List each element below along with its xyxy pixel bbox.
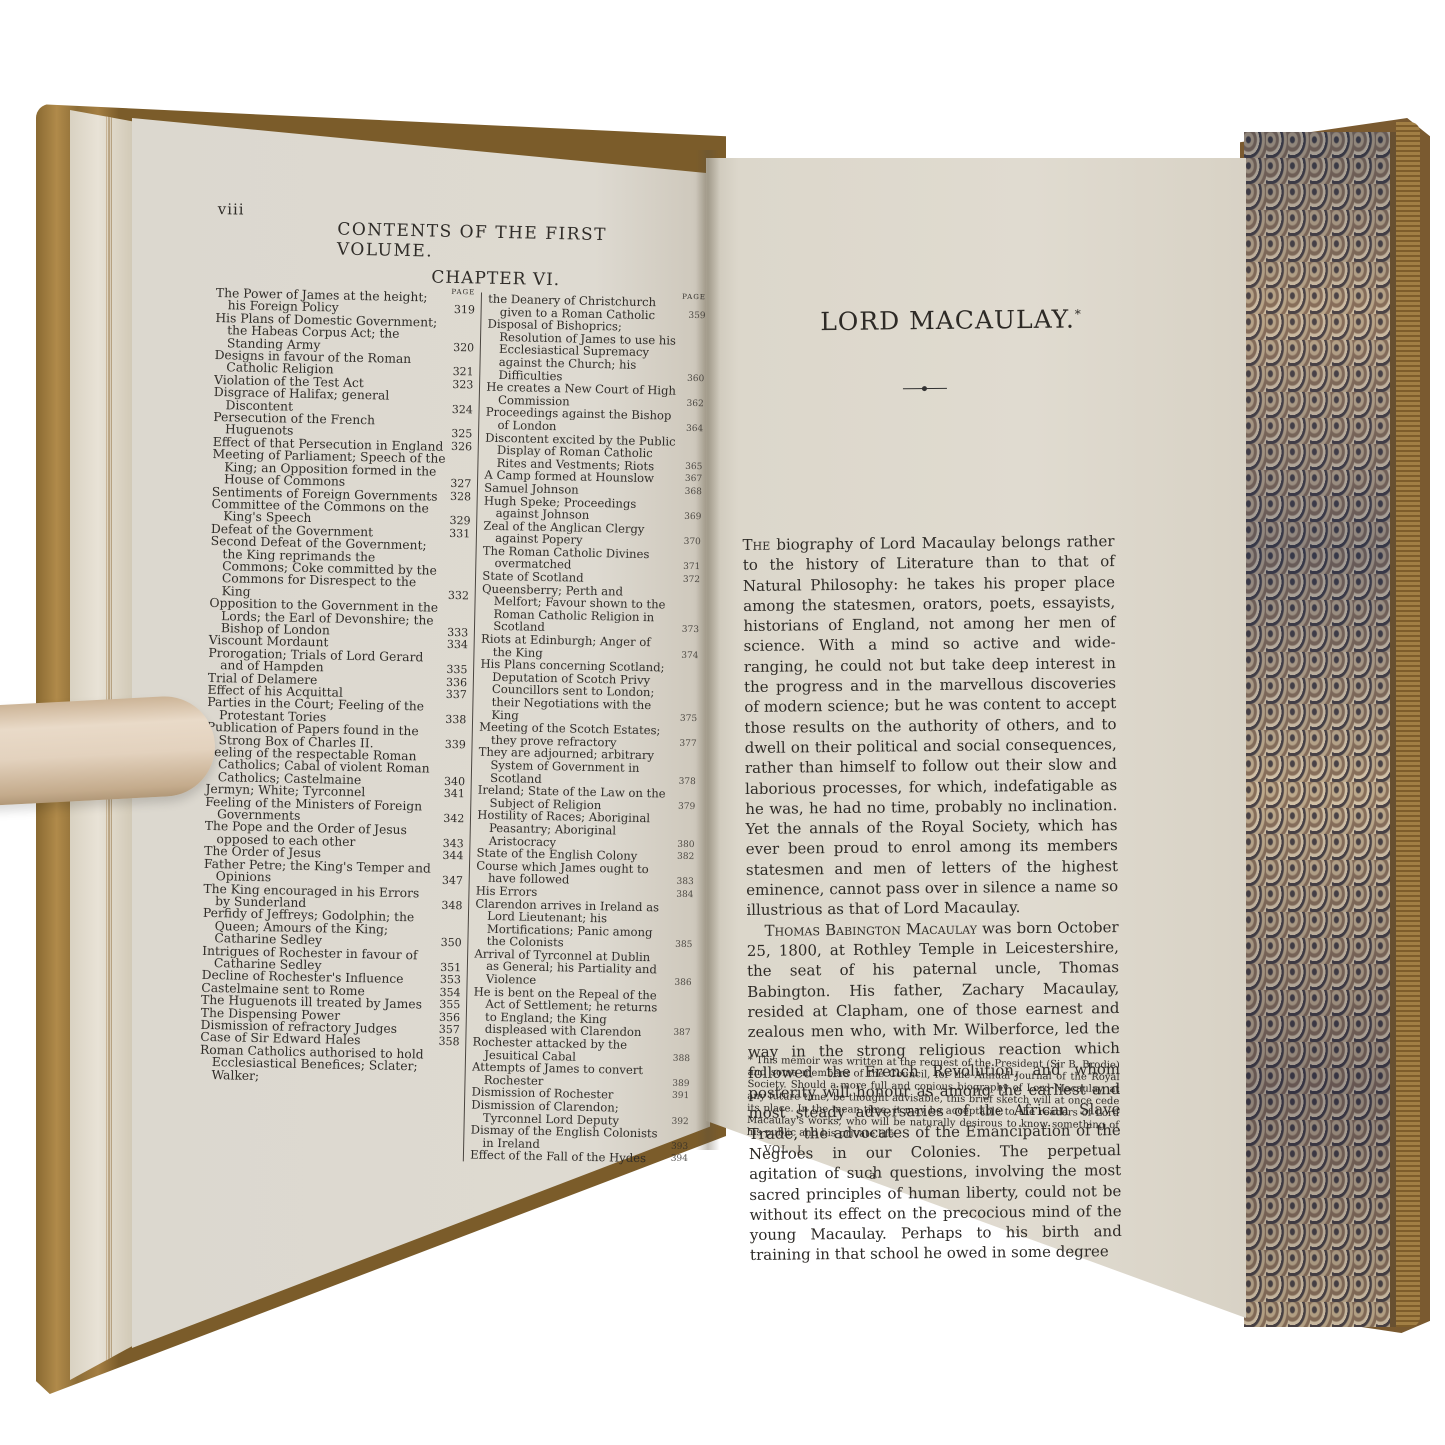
entry-page-number: 371 [683,561,700,574]
entry-text: Discontent excited by the Public Display… [485,430,676,473]
entry-page-number: 394 [671,1153,688,1166]
entry-page-number: 327 [450,478,471,491]
entry-text: Perfidy of Jeffreys; Godolphin; the Quee… [203,906,415,947]
signature-mark: a [869,1169,876,1182]
entry-text: His Plans concerning Scotland; Deputatio… [480,657,664,722]
contents-columns: PAGE The Power of James at the height; h… [198,287,706,1166]
entry-text: Committee of the Commons on the King's S… [211,497,429,525]
entry-page-number: 331 [449,528,470,541]
entry-text: Meeting of Parliament; Speech of the Kin… [212,447,445,489]
entry-text: The Roman Catholic Divines overmatched [483,544,650,572]
entry-text: Hugh Speke; Proceedings against Johnson [484,493,637,522]
entry-page-number: 326 [451,441,472,454]
contents-entry: They are adjourned; arbitrary System of … [478,746,696,788]
contents-entry: His Plans concerning Scotland; Deputatio… [479,658,698,726]
entry-page-number: 369 [684,511,701,524]
entry-page-number: 338 [445,714,466,727]
entry-page-number: 392 [671,1115,688,1128]
contents-entry: Arrival of Tyrconnel at Dublin as Genera… [474,947,692,989]
entry-text: Rochester attacked by the Jesuitical Cab… [472,1035,627,1064]
entry-page-number: 364 [686,423,703,436]
entry-text: Queensberry; Perth and Melfort; Favour s… [482,581,666,634]
memoir-title: LORD MACAULAY.* [820,304,1082,336]
entry-page-number: 377 [679,738,696,751]
entry-text: Roman Catholics authorised to hold Eccle… [200,1043,424,1083]
entry-page-number: 358 [438,1036,459,1049]
entry-text: Persecution of the French Huguenots [213,410,375,438]
entry-page-number: 384 [676,889,693,902]
entry-page-number: 365 [685,461,702,474]
entry-text: Opposition to the Government in the Lord… [209,596,438,637]
entry-page-number: 344 [442,850,463,863]
entry-page-number: 350 [441,937,462,950]
entry-page-number: 332 [448,590,469,603]
entry-page-number: 379 [678,801,695,814]
entry-page-number: 319 [454,304,475,317]
entry-text: Hostility of Races; Aboriginal Peasantry… [477,808,650,849]
entry-page-number: 355 [439,999,460,1012]
contents-entry: Discontent excited by the Public Display… [485,431,703,473]
entry-text: Zeal of the Anglican Clergy against Pope… [483,518,644,547]
entry-page-number: 373 [682,624,699,637]
paragraph: The biography of Lord Macaulay belongs r… [742,531,1118,921]
entry-text: They are adjourned; arbitrary System of … [479,745,655,786]
entry-text: The King encouraged in his Errors by Sun… [203,881,419,910]
contents-entry: Roman Catholics authorised to hold Eccle… [199,1044,459,1087]
chapter-heading: CHAPTER VI. [431,267,560,290]
entry-page-number: 342 [443,813,464,826]
entry-text: Second Defeat of the Government; the Kin… [211,534,437,598]
entry-page-number: 368 [685,486,702,499]
entry-text: His Plans of Domestic Government; the Ha… [215,311,437,352]
entry-page-number: 385 [675,939,692,952]
entry-page-number: 334 [447,639,468,652]
volume-label: VOL. I. [764,1144,807,1156]
footnote: * This memoir was written at the request… [747,1055,1120,1144]
entry-page-number: 337 [446,689,467,702]
entry-page-number: 362 [686,398,703,411]
contents-column-left: PAGE The Power of James at the height; h… [198,287,475,1161]
entry-text: Dismay of the English Colonists in Irela… [471,1123,658,1151]
entry-page-number: 359 [688,309,705,322]
entry-page-number: 372 [683,574,700,587]
entry-text: Feeling of the respectable Roman Catholi… [206,745,430,787]
page-folio: viii [218,200,245,219]
entry-page-number: 348 [441,900,462,913]
entry-text: Course which James ought to have followe… [476,858,649,887]
entry-page-number: 388 [673,1052,690,1065]
entry-page-number: 347 [442,875,463,888]
entry-page-number: 320 [453,342,474,355]
entry-page-number: 387 [673,1027,690,1040]
entry-text: He is bent on the Repeal of the Act of S… [474,984,658,1039]
entry-page-number: 380 [677,838,694,851]
contents-entry: Queensberry; Perth and Melfort; Favour s… [481,582,700,637]
entry-text: Feeling of the Ministers of Foreign Gove… [205,795,422,823]
entry-page-number: 370 [684,536,701,549]
entry-page-number: 324 [452,404,473,417]
running-head: CONTENTS OF THE FIRST VOLUME. [337,220,708,268]
contents-entry: Disposal of Bishoprics; Resolution of Ja… [486,318,705,386]
wooden-rod [0,694,217,806]
entry-page-number: 391 [672,1090,689,1103]
entry-page-number: 323 [452,379,473,392]
entry-page-number: 375 [680,712,697,725]
entry-page-number: 382 [677,851,694,864]
footnote-mark: * [1075,307,1082,321]
contents-entry: He is bent on the Repeal of the Act of S… [473,985,692,1040]
entry-text: Riots at Edinburgh; Anger of the King [481,632,651,660]
entry-page-number: 393 [671,1140,688,1153]
entry-page-number: 389 [672,1078,689,1091]
entry-text: Disgrace of Halifax; general Discontent [214,385,390,413]
entry-page-number: 367 [685,473,702,486]
book-cover-edge [1396,122,1420,1327]
entry-text: Disposal of Bishoprics; Resolution of Ja… [487,317,676,383]
entry-text: Father Petre; the King's Temper and Opin… [204,857,431,885]
entry-page-number: 339 [445,738,466,751]
entry-page-number: 374 [681,649,698,662]
contents-column-right: PAGE the Deanery of Christchurch given t… [463,293,706,1166]
entry-text: Clarendon arrives in Ireland as Lord Lie… [475,896,659,950]
entry-page-number: 386 [674,977,691,990]
marbled-page-edges [1244,132,1396,1327]
entry-page-number: 341 [444,788,465,801]
contents-entry: Clarendon arrives in Ireland as Lord Lie… [475,897,694,952]
entry-text: Attempts of James to convert Rochester [472,1060,643,1088]
entry-page-number: 360 [687,372,704,385]
entry-text: Arrival of Tyrconnel at Dublin as Genera… [474,946,657,986]
contents-entry: Second Defeat of the Government; the Kin… [210,535,471,602]
entry-page-number: 383 [676,876,693,889]
contents-entry: Hostility of Races; Aboriginal Peasantry… [477,809,695,851]
entry-page-number: 328 [450,490,471,503]
entry-text: Proceedings against the Bishop of London [486,405,672,433]
entry-page-number: 378 [678,775,695,788]
entry-text: He creates a New Court of High Commissio… [486,380,676,408]
